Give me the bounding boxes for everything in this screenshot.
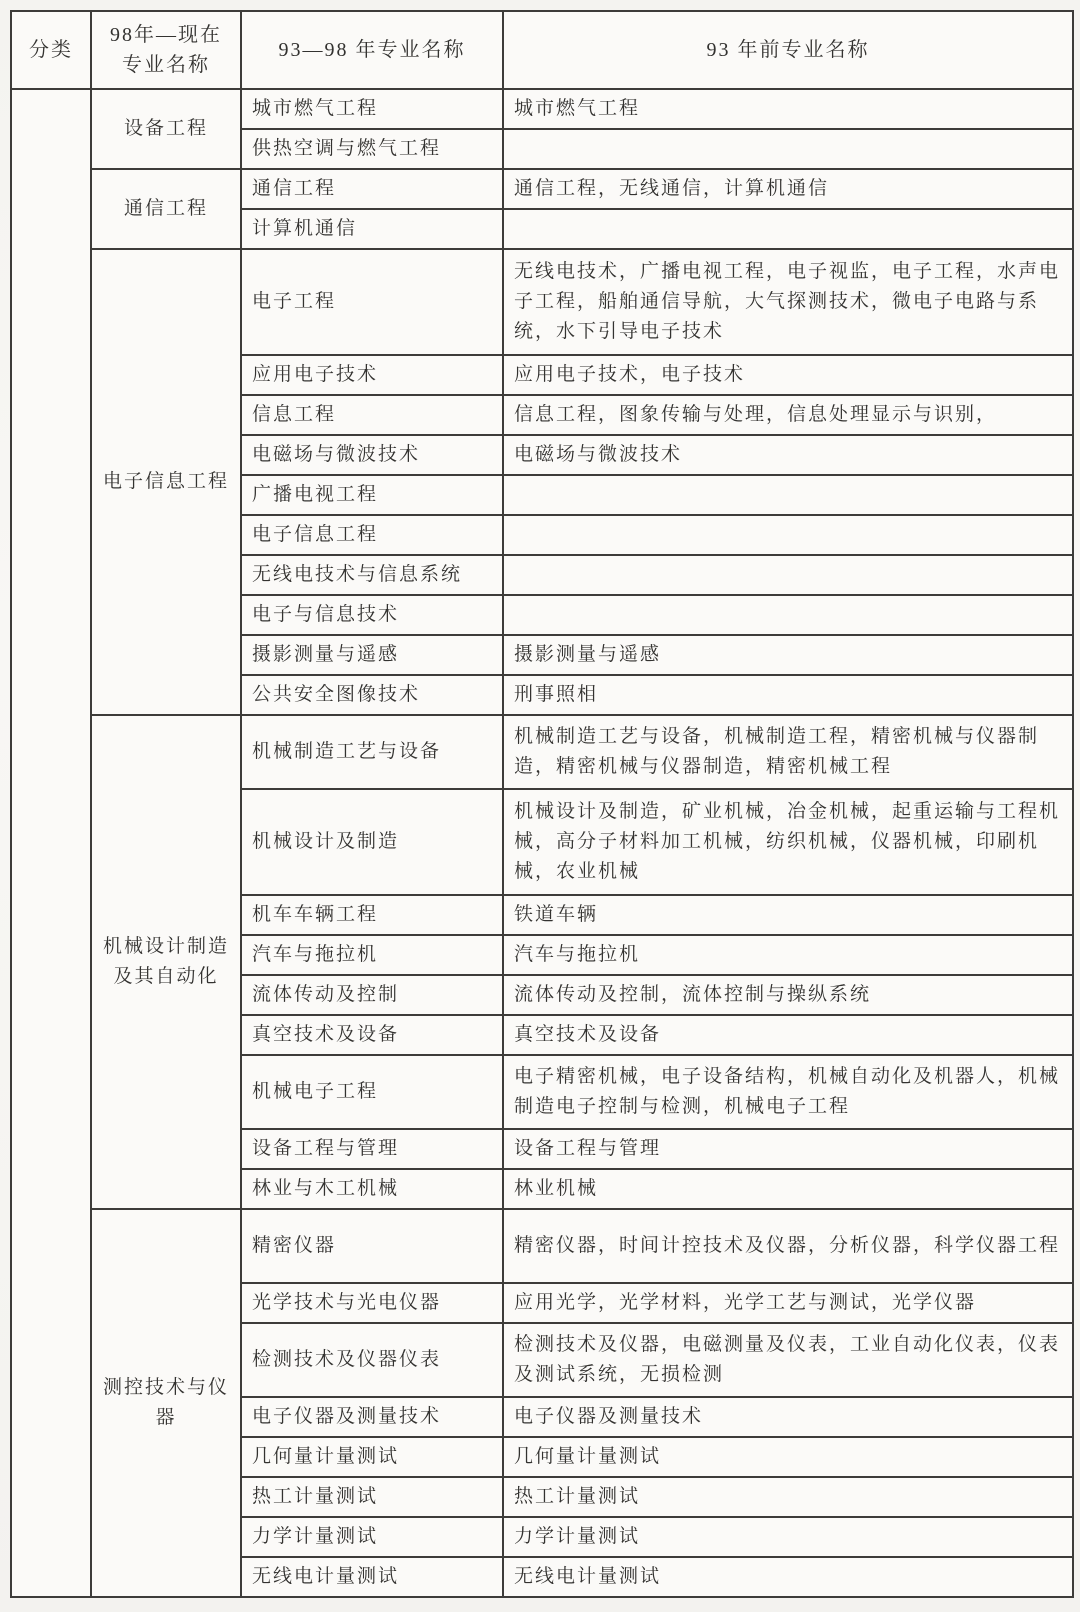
major-pre93-cell: 通信工程，无线通信，计算机通信 xyxy=(503,169,1073,209)
major-pre93-cell: 电磁场与微波技术 xyxy=(503,435,1073,475)
major-pre93-cell: 真空技术及设备 xyxy=(503,1015,1073,1055)
document-page: 分类 98年—现在专业名称 93—98 年专业名称 93 年前专业名称 设备工程… xyxy=(0,0,1080,1612)
major-pre93-cell: 电子精密机械，电子设备结构，机械自动化及机器人，机械制造电子控制与检测，机械电子… xyxy=(503,1055,1073,1129)
major-9398-cell: 电子仪器及测量技术 xyxy=(241,1397,503,1437)
major-pre93-cell: 机械设计及制造，矿业机械，冶金机械，起重运输与工程机械，高分子材料加工机械，纺织… xyxy=(503,789,1073,895)
major-pre93-cell xyxy=(503,595,1073,635)
major-9398-cell: 电子工程 xyxy=(241,249,503,355)
table-row: 通信工程 通信工程 通信工程，无线通信，计算机通信 xyxy=(11,169,1073,209)
major-pre93-cell: 检测技术及仪器，电磁测量及仪表，工业自动化仪表，仪表及测试系统，无损检测 xyxy=(503,1323,1073,1397)
major-9398-cell: 广播电视工程 xyxy=(241,475,503,515)
major-pre93-cell: 刑事照相 xyxy=(503,675,1073,715)
major-pre93-cell: 设备工程与管理 xyxy=(503,1129,1073,1169)
major-9398-cell: 计算机通信 xyxy=(241,209,503,249)
major-pre93-cell: 摄影测量与遥感 xyxy=(503,635,1073,675)
major-9398-cell: 光学技术与光电仪器 xyxy=(241,1283,503,1323)
major-pre93-cell xyxy=(503,555,1073,595)
group-cell: 通信工程 xyxy=(91,169,241,249)
major-9398-cell: 精密仪器 xyxy=(241,1209,503,1283)
major-9398-cell: 机车车辆工程 xyxy=(241,895,503,935)
major-pre93-cell: 几何量计量测试 xyxy=(503,1437,1073,1477)
major-pre93-cell: 铁道车辆 xyxy=(503,895,1073,935)
major-9398-cell: 应用电子技术 xyxy=(241,355,503,395)
major-9398-cell: 真空技术及设备 xyxy=(241,1015,503,1055)
table-row: 设备工程 城市燃气工程 城市燃气工程 xyxy=(11,89,1073,129)
major-9398-cell: 林业与木工机械 xyxy=(241,1169,503,1209)
major-9398-cell: 信息工程 xyxy=(241,395,503,435)
major-pre93-cell xyxy=(503,209,1073,249)
header-pre-93: 93 年前专业名称 xyxy=(503,11,1073,89)
table-row: 测控技术与仪器 精密仪器 精密仪器，时间计控技术及仪器，分析仪器，科学仪器工程 xyxy=(11,1209,1073,1283)
major-9398-cell: 电磁场与微波技术 xyxy=(241,435,503,475)
major-9398-cell: 设备工程与管理 xyxy=(241,1129,503,1169)
header-category: 分类 xyxy=(11,11,91,89)
major-pre93-cell: 精密仪器，时间计控技术及仪器，分析仪器，科学仪器工程 xyxy=(503,1209,1073,1283)
major-pre93-cell: 电子仪器及测量技术 xyxy=(503,1397,1073,1437)
major-pre93-cell: 无线电计量测试 xyxy=(503,1557,1073,1597)
major-9398-cell: 电子信息工程 xyxy=(241,515,503,555)
major-pre93-cell: 力学计量测试 xyxy=(503,1517,1073,1557)
major-pre93-cell: 流体传动及控制，流体控制与操纵系统 xyxy=(503,975,1073,1015)
major-9398-cell: 公共安全图像技术 xyxy=(241,675,503,715)
category-cell xyxy=(11,89,91,1597)
header-93-98: 93—98 年专业名称 xyxy=(241,11,503,89)
major-pre93-cell: 应用光学，光学材料，光学工艺与测试，光学仪器 xyxy=(503,1283,1073,1323)
major-pre93-cell: 热工计量测试 xyxy=(503,1477,1073,1517)
major-pre93-cell: 机械制造工艺与设备，机械制造工程，精密机械与仪器制造，精密机械与仪器制造，精密机… xyxy=(503,715,1073,789)
major-pre93-cell: 林业机械 xyxy=(503,1169,1073,1209)
group-cell: 设备工程 xyxy=(91,89,241,169)
major-pre93-cell xyxy=(503,129,1073,169)
major-9398-cell: 供热空调与燃气工程 xyxy=(241,129,503,169)
major-9398-cell: 机械设计及制造 xyxy=(241,789,503,895)
major-9398-cell: 热工计量测试 xyxy=(241,1477,503,1517)
major-9398-cell: 几何量计量测试 xyxy=(241,1437,503,1477)
header-row: 分类 98年—现在专业名称 93—98 年专业名称 93 年前专业名称 xyxy=(11,11,1073,89)
major-9398-cell: 流体传动及控制 xyxy=(241,975,503,1015)
major-pre93-cell xyxy=(503,475,1073,515)
major-pre93-cell xyxy=(503,515,1073,555)
group-cell: 电子信息工程 xyxy=(91,249,241,715)
major-9398-cell: 检测技术及仪器仪表 xyxy=(241,1323,503,1397)
major-9398-cell: 无线电技术与信息系统 xyxy=(241,555,503,595)
major-pre93-cell: 信息工程，图象传输与处理，信息处理显示与识别， xyxy=(503,395,1073,435)
major-9398-cell: 通信工程 xyxy=(241,169,503,209)
major-pre93-cell: 城市燃气工程 xyxy=(503,89,1073,129)
major-9398-cell: 无线电计量测试 xyxy=(241,1557,503,1597)
major-pre93-cell: 汽车与拖拉机 xyxy=(503,935,1073,975)
major-9398-cell: 力学计量测试 xyxy=(241,1517,503,1557)
major-9398-cell: 机械电子工程 xyxy=(241,1055,503,1129)
major-9398-cell: 城市燃气工程 xyxy=(241,89,503,129)
major-pre93-cell: 应用电子技术，电子技术 xyxy=(503,355,1073,395)
group-cell: 测控技术与仪器 xyxy=(91,1209,241,1597)
major-pre93-cell: 无线电技术，广播电视工程，电子视监，电子工程，水声电子工程，船舶通信导航，大气探… xyxy=(503,249,1073,355)
header-98-now: 98年—现在专业名称 xyxy=(91,11,241,89)
major-9398-cell: 机械制造工艺与设备 xyxy=(241,715,503,789)
table-row: 机械设计制造及其自动化 机械制造工艺与设备 机械制造工艺与设备，机械制造工程，精… xyxy=(11,715,1073,789)
major-mapping-table: 分类 98年—现在专业名称 93—98 年专业名称 93 年前专业名称 设备工程… xyxy=(10,10,1074,1598)
group-cell: 机械设计制造及其自动化 xyxy=(91,715,241,1209)
major-9398-cell: 电子与信息技术 xyxy=(241,595,503,635)
major-9398-cell: 摄影测量与遥感 xyxy=(241,635,503,675)
table-row: 电子信息工程 电子工程 无线电技术，广播电视工程，电子视监，电子工程，水声电子工… xyxy=(11,249,1073,355)
major-9398-cell: 汽车与拖拉机 xyxy=(241,935,503,975)
